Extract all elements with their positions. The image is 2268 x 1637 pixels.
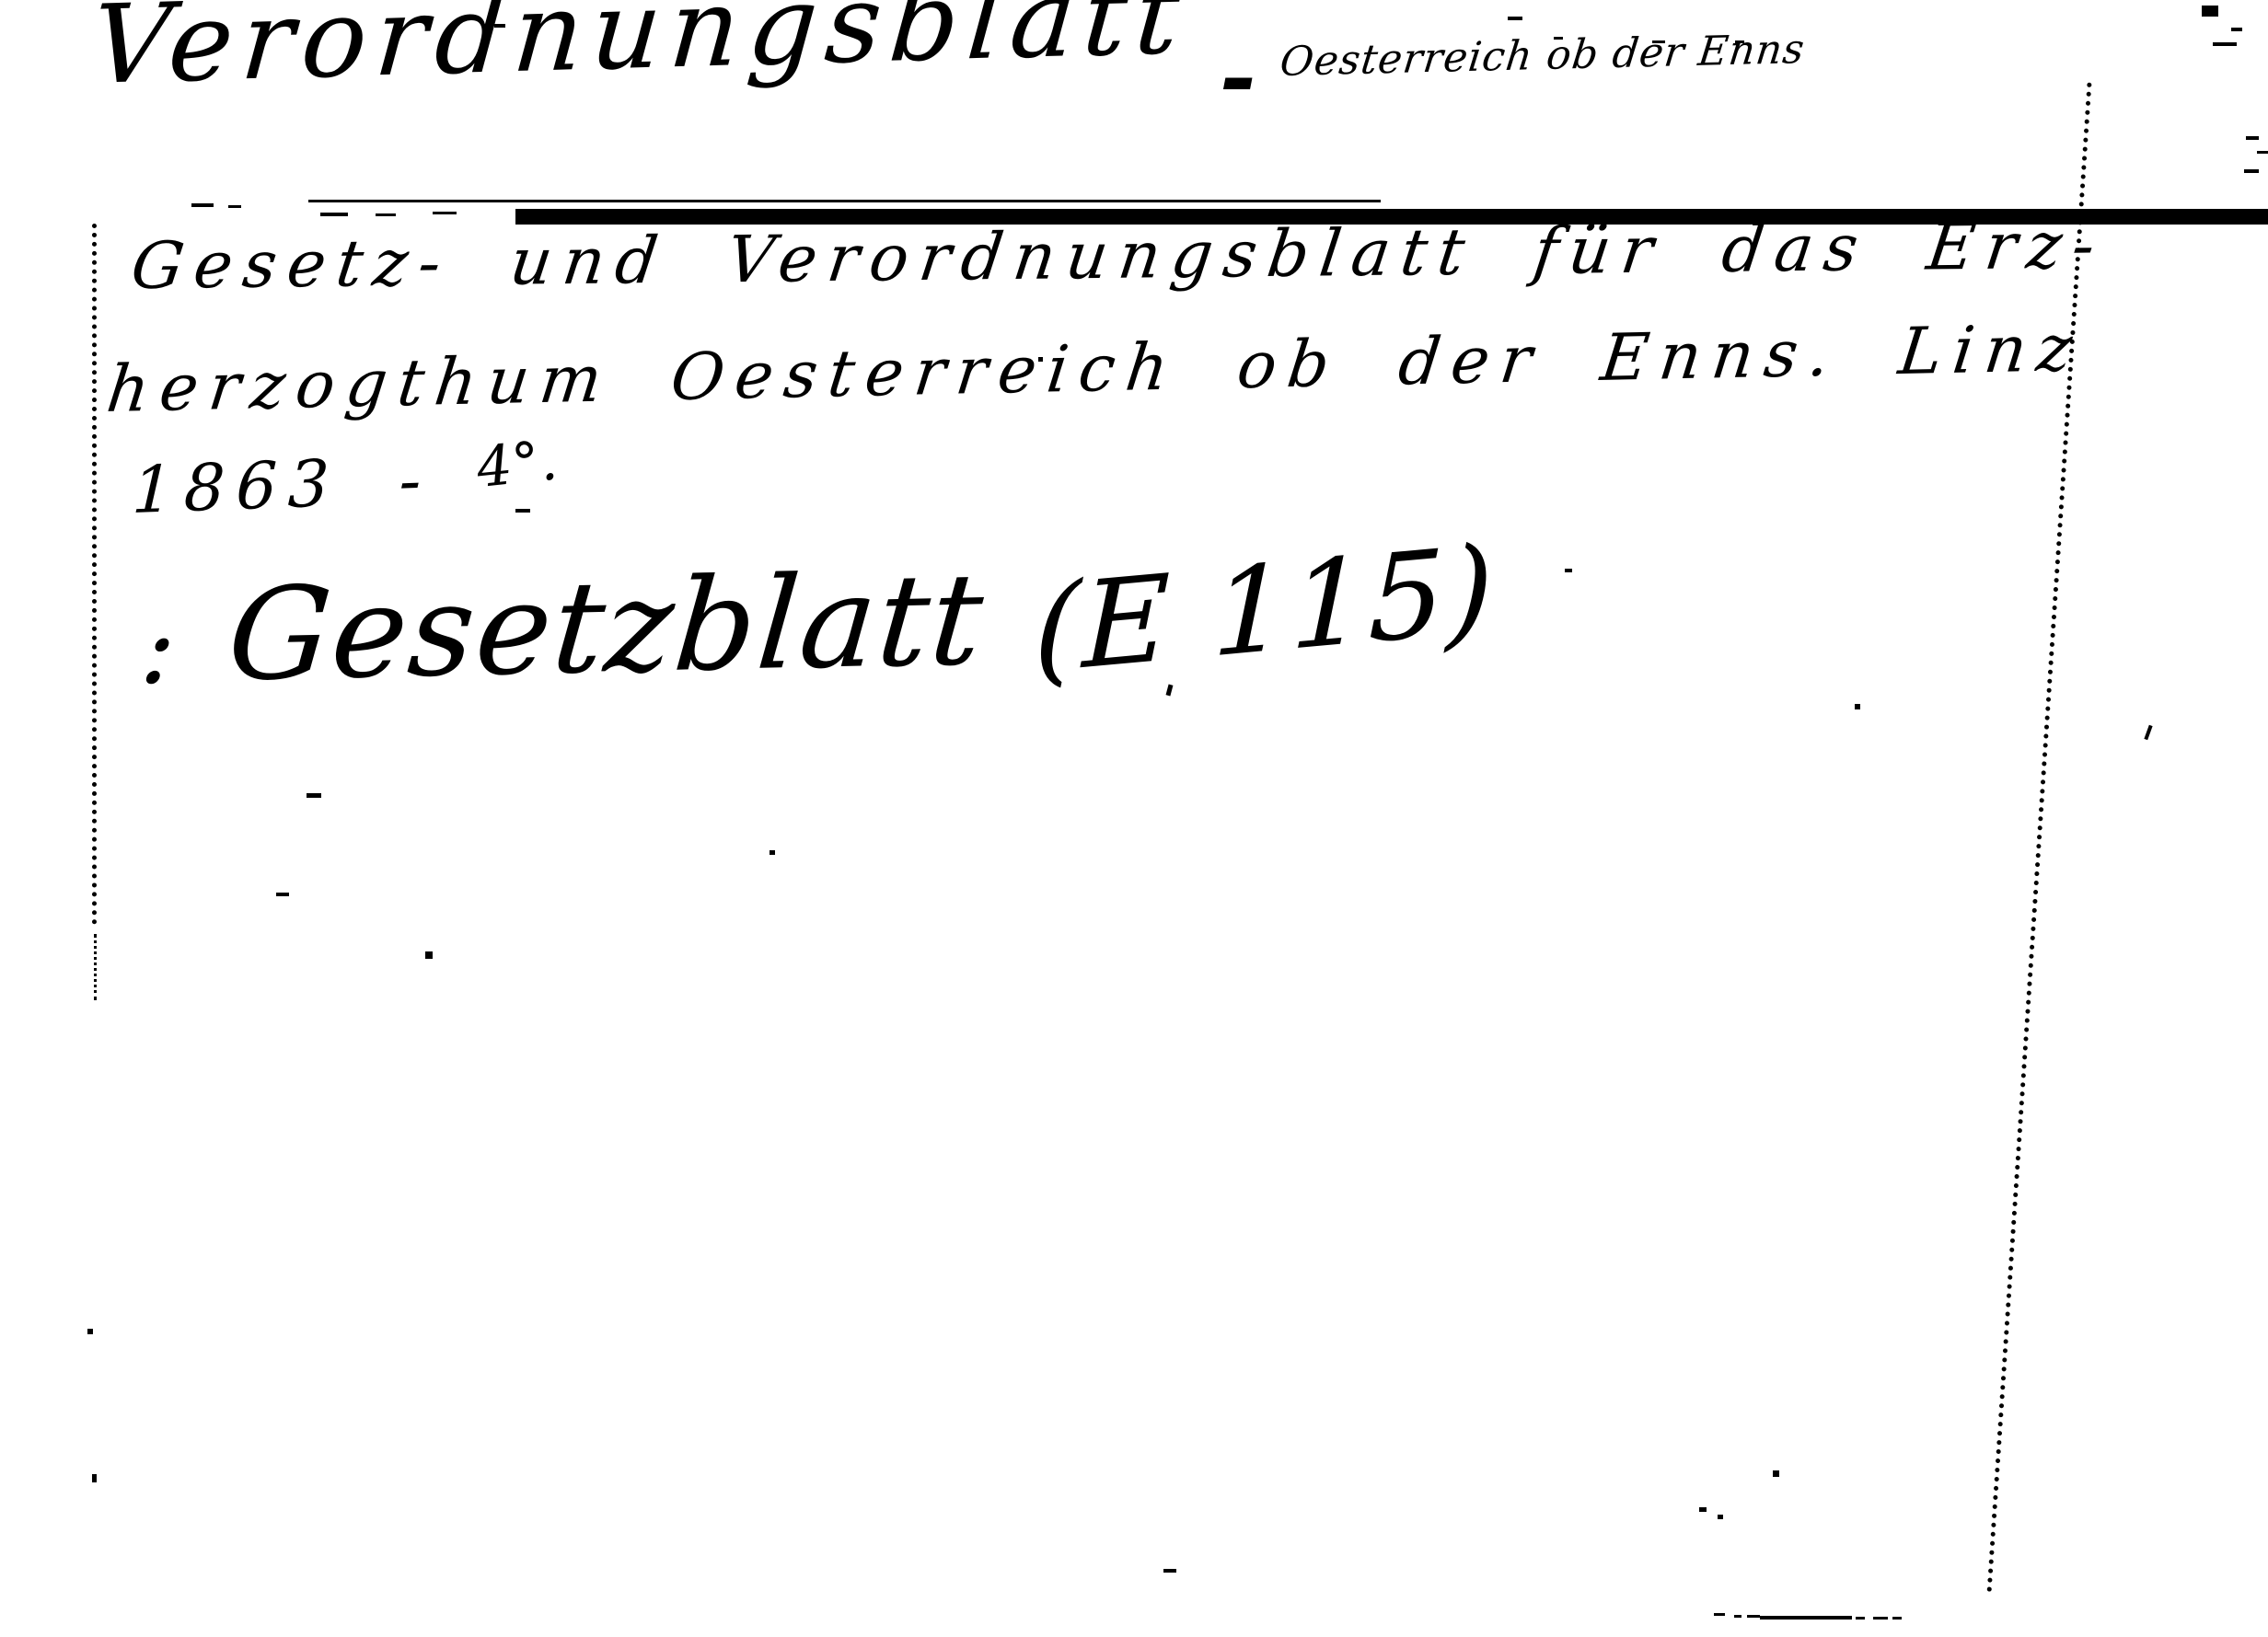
description-line-2: herzogthum Oesterreich ob der Enns. Linz [103, 310, 2087, 427]
right-edge-dotted-line [1986, 83, 2091, 1594]
entry-prefix: : [136, 588, 182, 707]
entry-shelfmark: (E 115) [1033, 519, 1497, 700]
entry-title: Gesetzblatt [223, 546, 990, 709]
format-quarto: 4°. [474, 428, 561, 501]
catalog-card: Verordnungsblatt - Oesterreich ob der En… [0, 0, 2268, 1637]
description-year: 1863 - [131, 442, 434, 528]
description-line-1: Gesetz- und Verordnungsblatt für das Erz… [127, 207, 2111, 304]
card-title: Verordnungsblatt [87, 0, 1192, 109]
region-annotation: Oesterreich ob der Enns [1278, 26, 1808, 86]
title-separator-dash: - [1220, 26, 1255, 128]
entry-line: : Gesetzblatt (E 115) [136, 535, 1500, 711]
left-edge-dotted-line [92, 224, 97, 925]
left-edge-dotted-line-faded [94, 934, 97, 1000]
